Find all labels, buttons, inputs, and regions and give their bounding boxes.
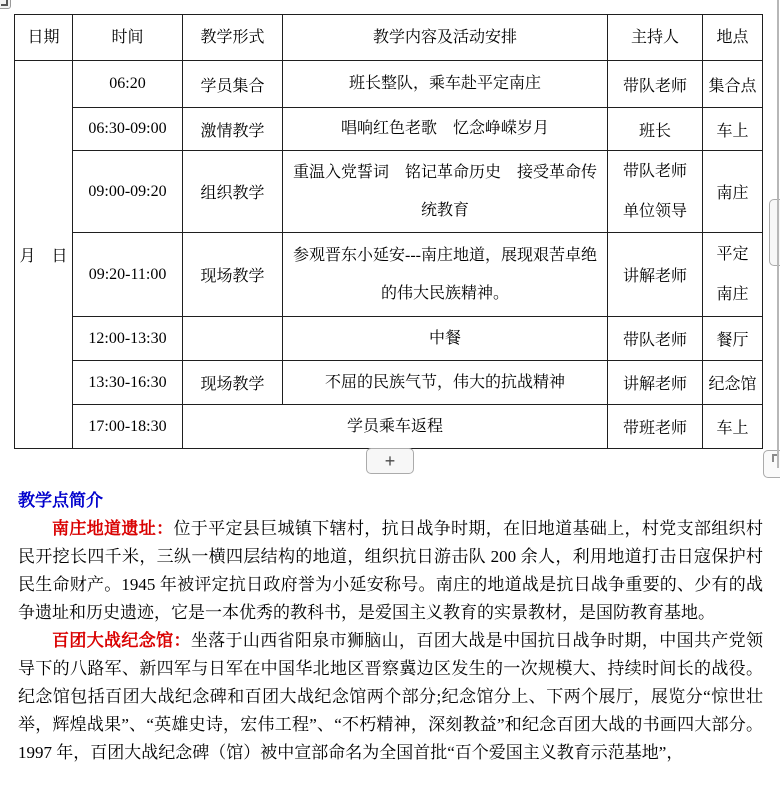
table-row: 09:20-11:00 现场教学 参观晋东小延安---南庄地道，展现艰苦卓绝的伟… [15, 233, 763, 317]
host-cell: 带队老师 [608, 61, 703, 108]
form-cell: 现场教学 [183, 361, 283, 405]
merged-content-cell: 学员乘车返程 [183, 405, 608, 449]
host-cell: 班长 [608, 108, 703, 151]
place-cell: 纪念馆 [703, 361, 763, 405]
time-cell: 17:00-18:30 [73, 405, 183, 449]
header-date: 日期 [15, 15, 73, 61]
table-row: 13:30-16:30 现场教学 不屈的民族气节，伟大的抗战精神 讲解老师 纪念… [15, 361, 763, 405]
schedule-table: 日期 时间 教学形式 教学内容及活动安排 主持人 地点 月 日 06:20 学员… [14, 14, 763, 449]
place-line-1: 平定 [707, 235, 758, 275]
host-cell: 讲解老师 [608, 233, 703, 317]
paragraph-baituan: 百团大战纪念馆：坐落于山西省阳泉市狮脑山，百团大战是中国抗日战争时期，中国共产党… [18, 627, 763, 767]
nanzhuang-lead-label: 南庄地道遗址： [52, 519, 173, 538]
header-host: 主持人 [608, 15, 703, 61]
document-page: 日期 时间 教学形式 教学内容及活动安排 主持人 地点 月 日 06:20 学员… [0, 0, 780, 809]
table-row: 17:00-18:30 学员乘车返程 带班老师 车上 [15, 405, 763, 449]
time-cell: 09:20-11:00 [73, 233, 183, 317]
table-row: 12:00-13:30 中餐 带队老师 餐厅 [15, 317, 763, 361]
scrollbar-track-edge[interactable] [777, 0, 779, 468]
baituan-lead-label: 百团大战纪念馆： [52, 631, 191, 650]
time-cell: 13:30-16:30 [73, 361, 183, 405]
time-cell: 06:20 [73, 61, 183, 108]
move-arrows-icon [1, 0, 8, 6]
header-place: 地点 [703, 15, 763, 61]
content-cell: 不屈的民族气节，伟大的抗战精神 [283, 361, 608, 405]
time-cell: 09:00-09:20 [73, 151, 183, 233]
form-cell: 组织教学 [183, 151, 283, 233]
header-form: 教学形式 [183, 15, 283, 61]
host-line-2: 单位领导 [612, 192, 698, 232]
baituan-body-text: 坐落于山西省阳泉市狮脑山，百团大战是中国抗日战争时期，中国共产党领导下的八路军、… [18, 631, 763, 762]
table-row: 月 日 06:20 学员集合 班长整队，乘车赴平定南庄 带队老师 集合点 [15, 61, 763, 108]
form-cell: 激情教学 [183, 108, 283, 151]
table-header-row: 日期 时间 教学形式 教学内容及活动安排 主持人 地点 [15, 15, 763, 61]
place-cell: 餐厅 [703, 317, 763, 361]
content-cell: 参观晋东小延安---南庄地道，展现艰苦卓绝的伟大民族精神。 [283, 233, 608, 317]
host-cell: 带队老师 单位领导 [608, 151, 703, 233]
place-cell: 平定 南庄 [703, 233, 763, 317]
content-cell: 重温入党誓词 铭记革命历史 接受革命传统教育 [283, 151, 608, 233]
table-row: 06:30-09:00 激情教学 唱响红色老歌 忆念峥嵘岁月 班长 车上 [15, 108, 763, 151]
date-cell: 月 日 [15, 61, 73, 449]
insert-row-button[interactable]: + [366, 448, 414, 474]
place-line-2: 南庄 [707, 275, 758, 315]
header-content: 教学内容及活动安排 [283, 15, 608, 61]
header-time: 时间 [73, 15, 183, 61]
content-cell: 中餐 [283, 317, 608, 361]
content-cell: 唱响红色老歌 忆念峥嵘岁月 [283, 108, 608, 151]
time-cell: 06:30-09:00 [73, 108, 183, 151]
place-cell: 车上 [703, 108, 763, 151]
host-cell: 讲解老师 [608, 361, 703, 405]
place-cell: 车上 [703, 405, 763, 449]
form-cell: 学员集合 [183, 61, 283, 108]
table-row: 09:00-09:20 组织教学 重温入党誓词 铭记革命历史 接受革命传统教育 … [15, 151, 763, 233]
time-cell: 12:00-13:30 [73, 317, 183, 361]
place-cell: 南庄 [703, 151, 763, 233]
paragraph-nanzhuang: 南庄地道遗址：位于平定县巨城镇下辖村，抗日战争时期，在旧地道基础上，村党支部组织… [18, 515, 763, 627]
host-cell: 带班老师 [608, 405, 703, 449]
content-cell: 班长整队，乘车赴平定南庄 [283, 61, 608, 108]
intro-heading: 教学点简介 [18, 487, 763, 515]
table-move-handle-icon[interactable] [0, 0, 11, 9]
form-cell: 现场教学 [183, 233, 283, 317]
place-cell: 集合点 [703, 61, 763, 108]
host-cell: 带队老师 [608, 317, 703, 361]
host-line-1: 带队老师 [612, 152, 698, 192]
form-cell [183, 317, 283, 361]
intro-section: 教学点简介 南庄地道遗址：位于平定县巨城镇下辖村，抗日战争时期，在旧地道基础上，… [18, 487, 763, 767]
